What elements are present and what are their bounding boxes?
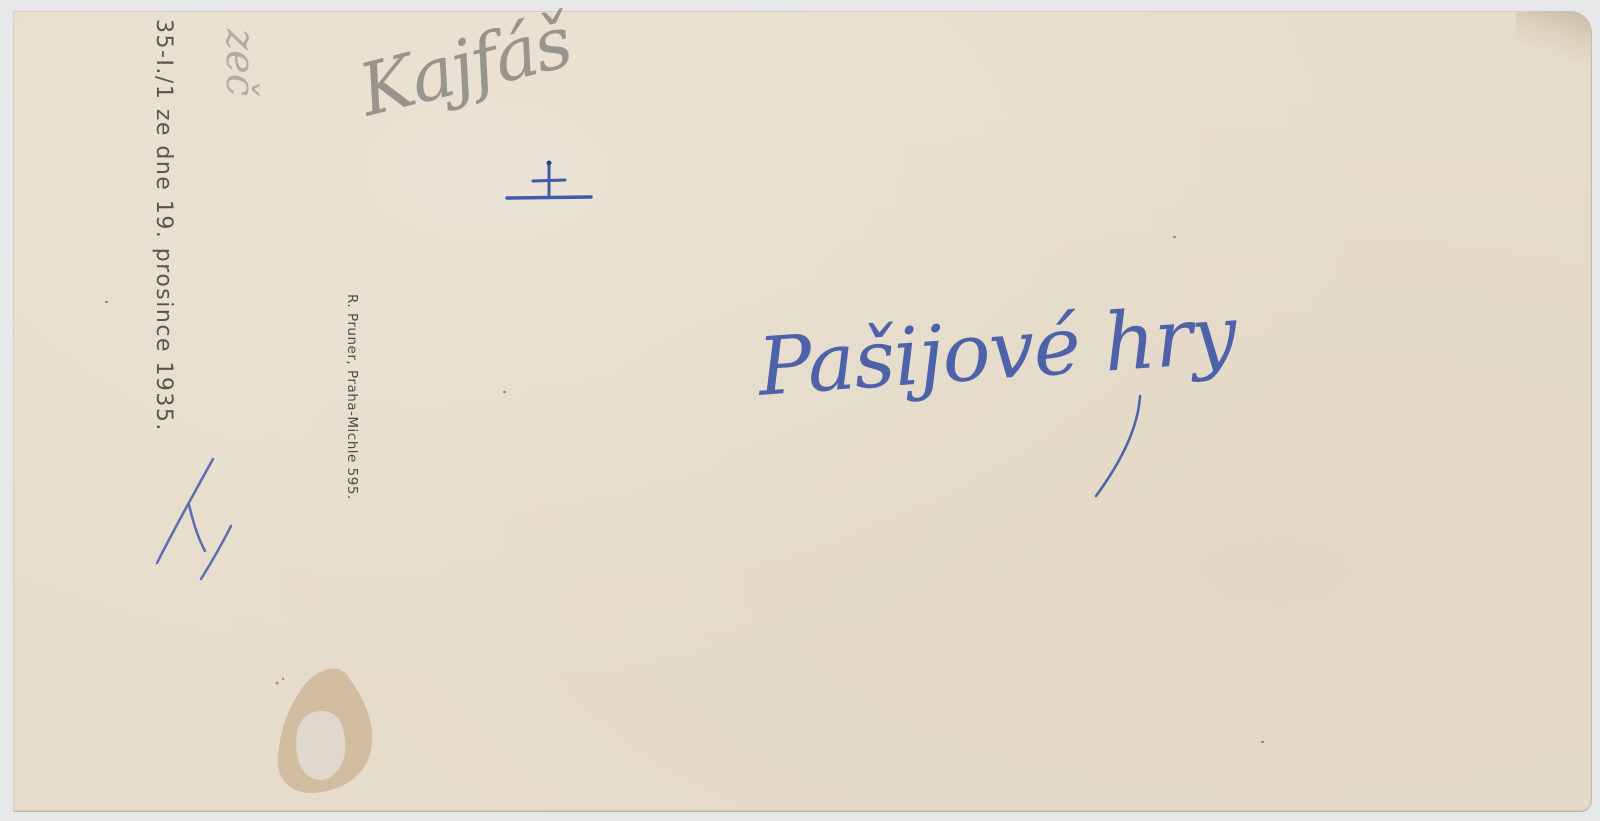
bent-corner	[1516, 11, 1591, 71]
pencil-side-note: zeč	[217, 29, 263, 96]
card-back: 35-I./1 ze dne 19. prosince 1935. R. Pru…	[13, 11, 1591, 811]
paper-speck	[503, 391, 506, 393]
ink-descender-stroke	[1088, 391, 1148, 501]
ink-initials-mark	[153, 451, 243, 581]
paper-speck	[105, 301, 108, 303]
cross-icon	[505, 159, 595, 204]
printed-publisher-line: R. Pruner, Praha-Michle 595.	[344, 294, 360, 500]
water-stain	[269, 653, 379, 798]
pencil-handwritten-name: Kajfáš	[351, 0, 579, 133]
paper-speck	[1173, 236, 1176, 238]
ink-handwritten-title: Pašijové hry	[755, 288, 1239, 414]
paper-speck	[1261, 741, 1264, 743]
printed-approval-line: 35-I./1 ze dne 19. prosince 1935.	[151, 19, 176, 432]
